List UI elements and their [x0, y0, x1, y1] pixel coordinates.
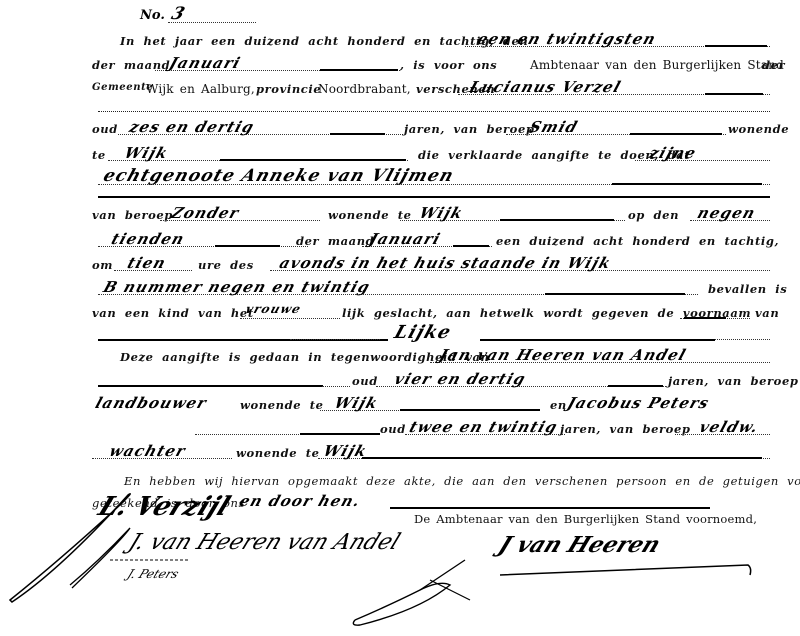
- signature-flourish-icon: [0, 0, 800, 636]
- birth-certificate-document: No. 3 In het jaar een duizend acht honde…: [0, 0, 800, 636]
